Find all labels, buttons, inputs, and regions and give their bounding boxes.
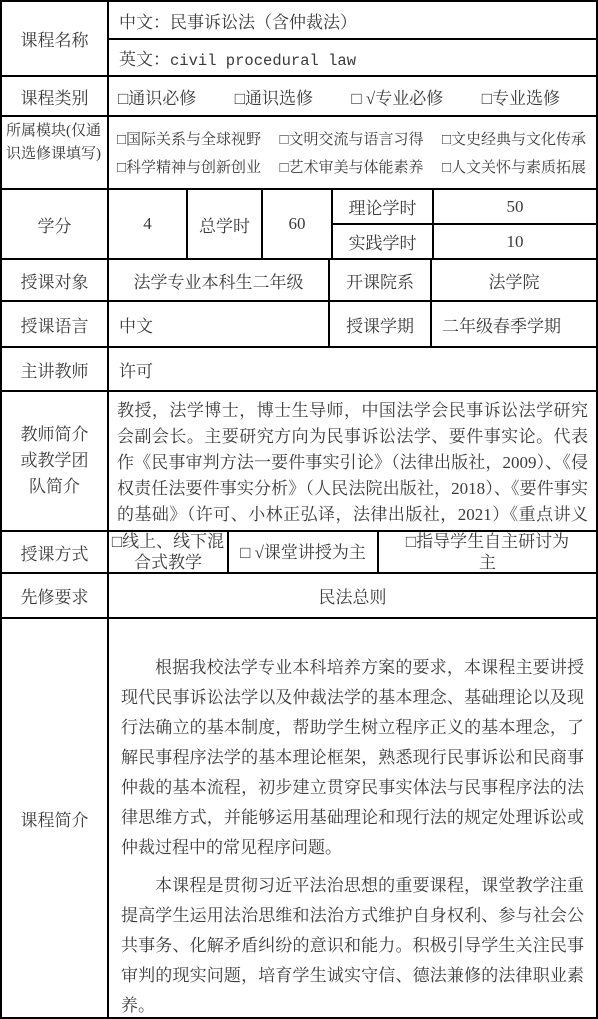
course-intro-text: 根据我校法学专业本科培养方案的要求，本课程主要讲授现代民事诉讼法学以及仲裁法学的…	[109, 619, 596, 1017]
checkbox-option-module-5[interactable]: □艺术审美与体能素养	[279, 156, 423, 177]
instructor-label: 主讲教师	[2, 348, 109, 392]
total-hours-value: 60	[263, 190, 333, 260]
prerequisite-value: 民法总则	[109, 574, 596, 619]
method-option-seminar-cell: □指导学生自主研讨为主	[379, 532, 596, 574]
row-language: 授课语言 中文 授课学期 二年级春季学期	[2, 302, 596, 348]
checkbox-option-module-6[interactable]: □人文关怀与素质拓展	[442, 156, 586, 177]
language-value: 中文	[109, 302, 330, 348]
row-instructor: 主讲教师 许可	[2, 348, 596, 392]
theory-hours-label: 理论学时	[333, 190, 434, 225]
semester-label: 授课学期	[330, 302, 432, 348]
teacher-bio-text: 教授，法学博士，博士生导师，中国法学会民事诉讼法学研究会副会长。主要研究方向为民…	[109, 392, 596, 532]
row-module: 所属模块(仅通识选修课填写) □国际关系与全球视野 □文明交流与语言习得 □文史…	[2, 117, 596, 190]
module-label: 所属模块(仅通识选修课填写)	[2, 117, 109, 190]
audience-label: 授课对象	[2, 260, 109, 302]
course-name-zh: 中文：民事诉讼法（含仲裁法）	[119, 8, 357, 33]
course-intro-label: 课程简介	[2, 619, 109, 1017]
course-intro-paragraph-1: 根据我校法学专业本科培养方案的要求，本课程主要讲授现代民事诉讼法学以及仲裁法学的…	[121, 653, 584, 863]
course-name-zh-cell: 中文：民事诉讼法（含仲裁法）	[109, 2, 596, 40]
department-value: 法学院	[432, 260, 596, 302]
row-credits: 学分 4 总学时 60 理论学时 实践学时 50 10	[2, 190, 596, 260]
instructor-value: 许可	[109, 348, 596, 392]
checkbox-option-module-3[interactable]: □文史经典与文化传承	[442, 128, 586, 149]
module-options: □国际关系与全球视野 □文明交流与语言习得 □文史经典与文化传承 □科学精神与创…	[109, 117, 596, 190]
practice-hours-label: 实践学时	[333, 225, 434, 260]
row-course-name: 课程名称 中文：民事诉讼法（含仲裁法） 英文：civil procedural …	[2, 2, 596, 77]
checkbox-option-major-required-checked[interactable]: □ √专业必修	[351, 84, 443, 109]
checkbox-option-general-required[interactable]: □通识必修	[118, 84, 196, 109]
checkbox-option-lecture-checked[interactable]: □ √课堂讲授为主	[240, 542, 366, 563]
department-label: 开课院系	[330, 260, 432, 302]
row-prerequisite: 先修要求 民法总则	[2, 574, 596, 619]
teacher-bio-label: 教师简介或教学团队简介	[2, 392, 109, 532]
course-name-en-cell: 英文：civil procedural law	[109, 40, 596, 77]
checkbox-option-major-elective[interactable]: □专业选修	[482, 84, 560, 109]
total-hours-label: 总学时	[188, 190, 263, 260]
method-option-lecture-cell: □ √课堂讲授为主	[229, 532, 379, 574]
checkbox-option-blended[interactable]: □线上、线下混合式教学	[111, 532, 225, 573]
row-teacher-bio: 教师简介或教学团队简介 教授，法学博士，博士生导师，中国法学会民事诉讼法学研究会…	[2, 392, 596, 532]
course-name-label: 课程名称	[2, 2, 109, 77]
checkbox-option-module-2[interactable]: □文明交流与语言习得	[279, 128, 423, 149]
course-intro-paragraph-2: 本课程是贯彻习近平法治思想的重要课程，课堂教学注重提高学生运用法治思维和法治方式…	[121, 871, 584, 1017]
credits-value: 4	[109, 190, 188, 260]
course-category-label: 课程类别	[2, 77, 109, 117]
checkbox-option-module-4[interactable]: □科学精神与创新创业	[117, 156, 261, 177]
credits-label: 学分	[2, 190, 109, 260]
row-audience: 授课对象 法学专业本科生二年级 开课院系 法学院	[2, 260, 596, 302]
course-category-options: □通识必修 □通识选修 □ √专业必修 □专业选修	[109, 77, 596, 117]
prerequisite-label: 先修要求	[2, 574, 109, 619]
checkbox-option-seminar[interactable]: □指导学生自主研讨为主	[399, 532, 577, 573]
course-name-en-value: civil procedural law	[170, 52, 356, 70]
course-info-table: 课程名称 中文：民事诉讼法（含仲裁法） 英文：civil procedural …	[0, 0, 598, 1019]
row-teaching-method: 授课方式 □线上、线下混合式教学 □ √课堂讲授为主 □指导学生自主研讨为主	[2, 532, 596, 574]
method-option-blended-cell: □线上、线下混合式教学	[109, 532, 229, 574]
language-label: 授课语言	[2, 302, 109, 348]
course-name-en: 英文：civil procedural law	[119, 45, 356, 70]
theory-hours-value: 50	[434, 190, 596, 225]
row-course-category: 课程类别 □通识必修 □通识选修 □ √专业必修 □专业选修	[2, 77, 596, 117]
audience-value: 法学专业本科生二年级	[109, 260, 330, 302]
row-course-intro: 课程简介 根据我校法学专业本科培养方案的要求，本课程主要讲授现代民事诉讼法学以及…	[2, 619, 596, 1017]
practice-hours-value: 10	[434, 225, 596, 260]
semester-value: 二年级春季学期	[432, 302, 596, 348]
checkbox-option-general-elective[interactable]: □通识选修	[235, 84, 313, 109]
checkbox-option-module-1[interactable]: □国际关系与全球视野	[117, 128, 261, 149]
teaching-method-label: 授课方式	[2, 532, 109, 574]
